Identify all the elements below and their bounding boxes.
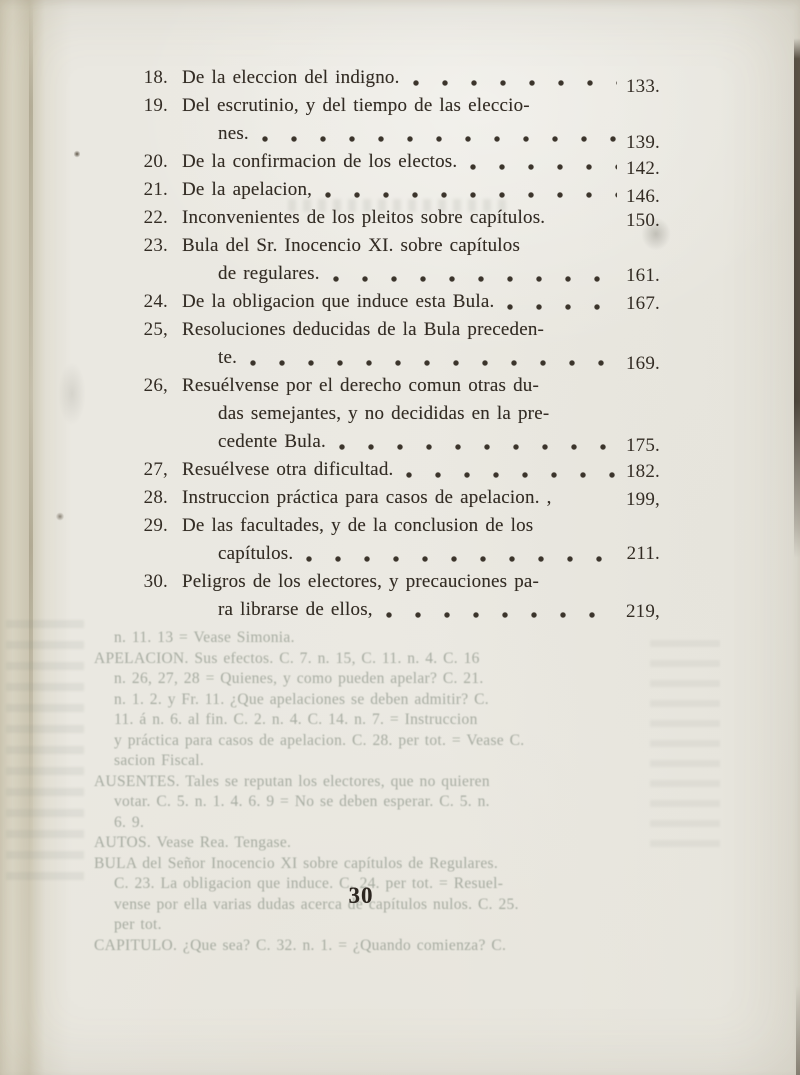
toc-entry-line: 21.De la apelacion,146.: [122, 176, 660, 204]
entry-page-number: 175.: [626, 432, 660, 460]
dot-leader: [260, 135, 617, 143]
dot-leader: [337, 443, 617, 451]
entry-text: das semejantes, y no decididas en la pre…: [218, 400, 549, 428]
entry-number: 27,: [122, 456, 168, 484]
page-right-edge-shadow: [794, 38, 800, 558]
entry-text: De la apelacion,: [182, 176, 312, 204]
page-number: 30: [338, 883, 384, 909]
bleedthrough-line: n. 1. 2. y Fr. 11. ¿Que apelaciones se d…: [114, 690, 714, 711]
entry-page-number: 150.: [626, 207, 660, 235]
entry-text: Inconvenientes de los pleitos sobre capí…: [182, 204, 545, 232]
toc-entry-line: capítulos.211.: [122, 540, 660, 568]
bleedthrough-line: per tot.: [114, 915, 714, 936]
bleedthrough-line: C. 23. La obligacion que induce. C. 24. …: [114, 874, 714, 895]
toc-entry-line: ra librarse de ellos,219,: [122, 596, 660, 624]
toc-entry-line: de regulares.161.: [122, 260, 660, 288]
bleedthrough-line: n. 26, 27, 28 = Quienes, y como pueden a…: [114, 669, 714, 690]
toc-entry-line: 26,Resuélvense por el derecho comun otra…: [122, 372, 660, 400]
entry-number: 23.: [122, 232, 168, 260]
entry-page-number: 161.: [626, 262, 660, 290]
entry-number: 20.: [122, 148, 168, 176]
dot-leader: [323, 191, 617, 199]
entry-text: De la confirmacion de los electos.: [182, 148, 457, 176]
paper-smudge: [6, 620, 84, 890]
entry-number: 29.: [122, 512, 168, 540]
bleedthrough-line: n. 11. 13 = Vease Simonia.: [114, 628, 714, 649]
entry-number: 24.: [122, 288, 168, 316]
entry-number: 22.: [122, 204, 168, 232]
entry-page-number: 142.: [626, 155, 660, 183]
entry-text: De la eleccion del indigno.: [182, 64, 400, 92]
entry-text: Instruccion práctica para casos de apela…: [182, 484, 552, 512]
bleedthrough-text: n. 11. 13 = Vease Simonia.APELACION. Sus…: [94, 628, 714, 956]
dot-leader: [304, 555, 617, 563]
entry-text: te.: [218, 344, 237, 372]
bleedthrough-line: y práctica para casos de apelacion. C. 2…: [114, 731, 714, 752]
entry-text: Resuélvese otra dificultad.: [182, 456, 393, 484]
entry-text: ra librarse de ellos,: [218, 596, 373, 624]
entry-page-number: 133.: [626, 73, 660, 101]
dot-leader: [411, 79, 617, 87]
entry-page-number: 169.: [626, 350, 660, 378]
entry-page-number: 139.: [626, 129, 660, 157]
entry-page-number: 199,: [626, 486, 660, 514]
bleedthrough-line: AUTOS. Vease Rea. Tengase.: [94, 833, 714, 854]
toc-entry-line: 27,Resuélvese otra dificultad.182.: [122, 456, 660, 484]
entry-number: 26,: [122, 372, 168, 400]
paper-fleck: [74, 150, 80, 158]
entry-text: Del escrutinio, y del tiempo de las elec…: [182, 92, 530, 120]
entry-text: De la obligacion que induce esta Bula.: [182, 288, 494, 316]
entry-number: 19.: [122, 92, 168, 120]
toc-list: 18.De la eleccion del indigno.133.19.Del…: [122, 64, 660, 624]
bleedthrough-line: CAPITULO. ¿Que sea? C. 32. n. 1. = ¿Quan…: [94, 936, 714, 957]
dot-leader: [505, 303, 617, 311]
entry-text: Bula del Sr. Inocencio XI. sobre capítul…: [182, 232, 520, 260]
dot-leader: [248, 359, 617, 367]
entry-text: Resuélvense por el derecho comun otras d…: [182, 372, 539, 400]
paper-smudge: [58, 362, 86, 426]
bleedthrough-line: APELACION. Sus efectos. C. 7. n. 15, C. …: [94, 649, 714, 670]
entry-number: 25,: [122, 316, 168, 344]
toc-entry-line: das semejantes, y no decididas en la pre…: [122, 400, 660, 428]
bleedthrough-line: vense por ella varias dudas acerca de ca…: [114, 895, 714, 916]
toc-entry-line: 29.De las facultades, y de la conclusion…: [122, 512, 660, 540]
entry-page-number: 211.: [627, 540, 660, 568]
toc-entry-line: 25,Resoluciones deducidas de la Bula pre…: [122, 316, 660, 344]
entry-text: cedente Bula.: [218, 428, 326, 456]
toc-entry-line: 19.Del escrutinio, y del tiempo de las e…: [122, 92, 660, 120]
entry-page-number: 167.: [626, 290, 660, 318]
dot-leader: [331, 275, 617, 283]
toc-entry-line: 24.De la obligacion que induce esta Bula…: [122, 288, 660, 316]
entry-text: capítulos.: [218, 540, 293, 568]
dot-leader: [468, 163, 617, 171]
toc-entry-line: 28.Instruccion práctica para casos de ap…: [122, 484, 660, 512]
page-right-edge-shadow-bottom: [796, 985, 800, 1075]
entry-text: Peligros de los electores, y precaucione…: [182, 568, 539, 596]
toc-entry-line: nes.139.: [122, 120, 660, 148]
dot-leader: [384, 611, 617, 619]
toc-entry-line: 18.De la eleccion del indigno.133.: [122, 64, 660, 92]
bleedthrough-line: BULA del Señor Inocencio XI sobre capítu…: [94, 854, 714, 875]
toc-entry-line: 23.Bula del Sr. Inocencio XI. sobre capí…: [122, 232, 660, 260]
entry-text: De las facultades, y de la conclusion de…: [182, 512, 533, 540]
page-fold-crease: [29, 0, 33, 880]
paper-fleck: [56, 512, 64, 521]
dot-leader: [404, 471, 616, 479]
bleedthrough-line: 11. á n. 6. al fin. C. 2. n. 4. C. 14. n…: [114, 710, 714, 731]
toc-entry-line: te.169.: [122, 344, 660, 372]
toc-entry-line: 30.Peligros de los electores, y precauci…: [122, 568, 660, 596]
toc-entry-line: 20.De la confirmacion de los electos.142…: [122, 148, 660, 176]
entry-number: 18.: [122, 64, 168, 92]
toc-entry-line: cedente Bula.175.: [122, 428, 660, 456]
bleedthrough-line: sacion Fiscal.: [114, 751, 714, 772]
bleedthrough-line: 6. 9.: [114, 813, 714, 834]
bleedthrough-line: AUSENTES. Tales se reputan los electores…: [94, 772, 714, 793]
book-page-scan: 18.De la eleccion del indigno.133.19.Del…: [0, 0, 800, 1075]
bleedthrough-line: votar. C. 5. n. 1. 4. 6. 9 = No se deben…: [114, 792, 714, 813]
entry-page-number: 219,: [626, 598, 660, 626]
entry-page-number: 182.: [626, 458, 660, 486]
entry-number: 28.: [122, 484, 168, 512]
entry-number: 30.: [122, 568, 168, 596]
entry-number: 21.: [122, 176, 168, 204]
toc-entry-line: 22.Inconvenientes de los pleitos sobre c…: [122, 204, 660, 232]
entry-text: Resoluciones deducidas de la Bula preced…: [182, 316, 544, 344]
entry-text: de regulares.: [218, 260, 320, 288]
entry-text: nes.: [218, 120, 249, 148]
